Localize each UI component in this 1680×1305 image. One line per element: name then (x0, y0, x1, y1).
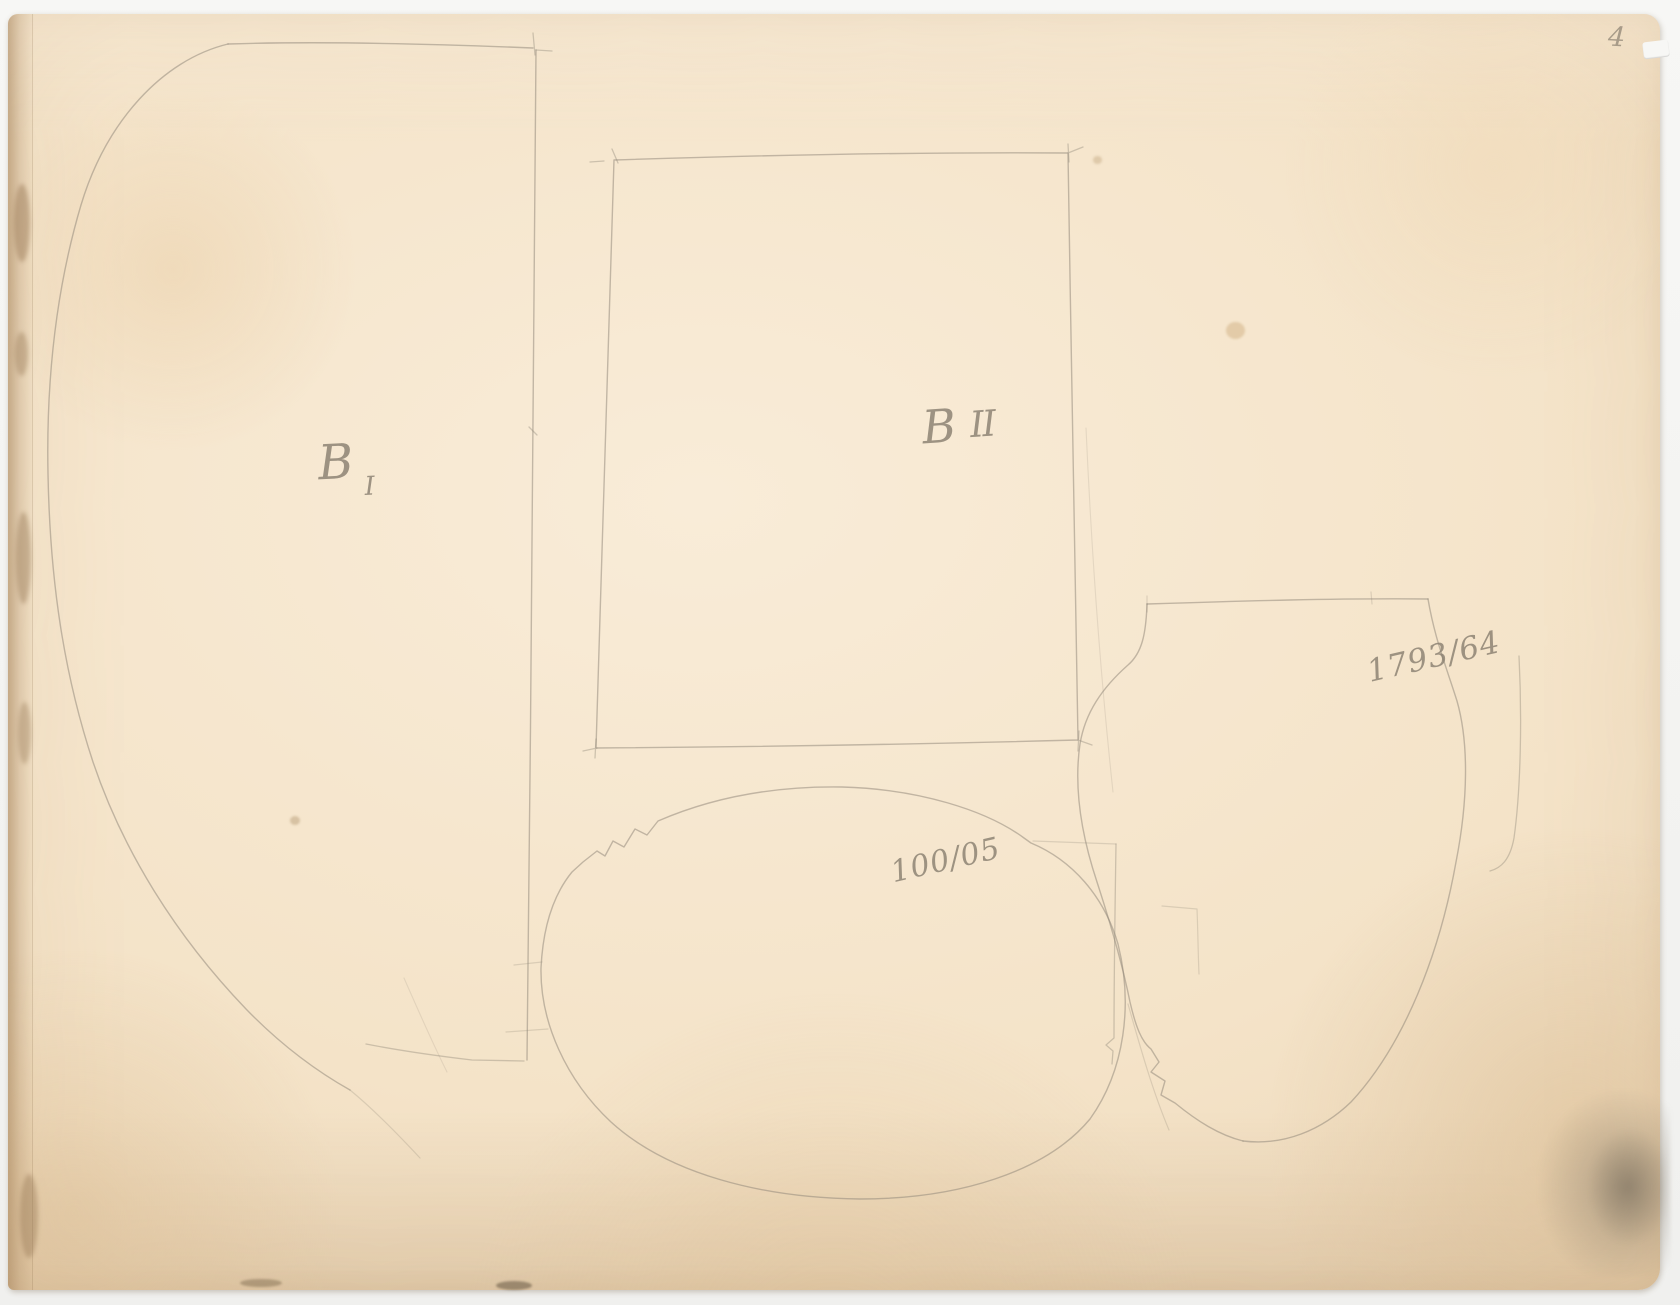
edge-notch (1642, 39, 1670, 59)
binding-stain (15, 332, 28, 376)
album-page (8, 14, 1660, 1290)
binding-fold-line (32, 14, 33, 1290)
binding-stain (14, 184, 30, 262)
binding-stain (18, 702, 31, 764)
binding-stain (20, 1174, 38, 1258)
paper-aging-overlay (8, 14, 1660, 1290)
scan-stage: BI BII 1793/64 100/05 4 (0, 0, 1680, 1305)
scan-background: { "page": { "number": "4" }, "annotation… (0, 0, 1680, 1305)
binding-stain (16, 512, 31, 604)
